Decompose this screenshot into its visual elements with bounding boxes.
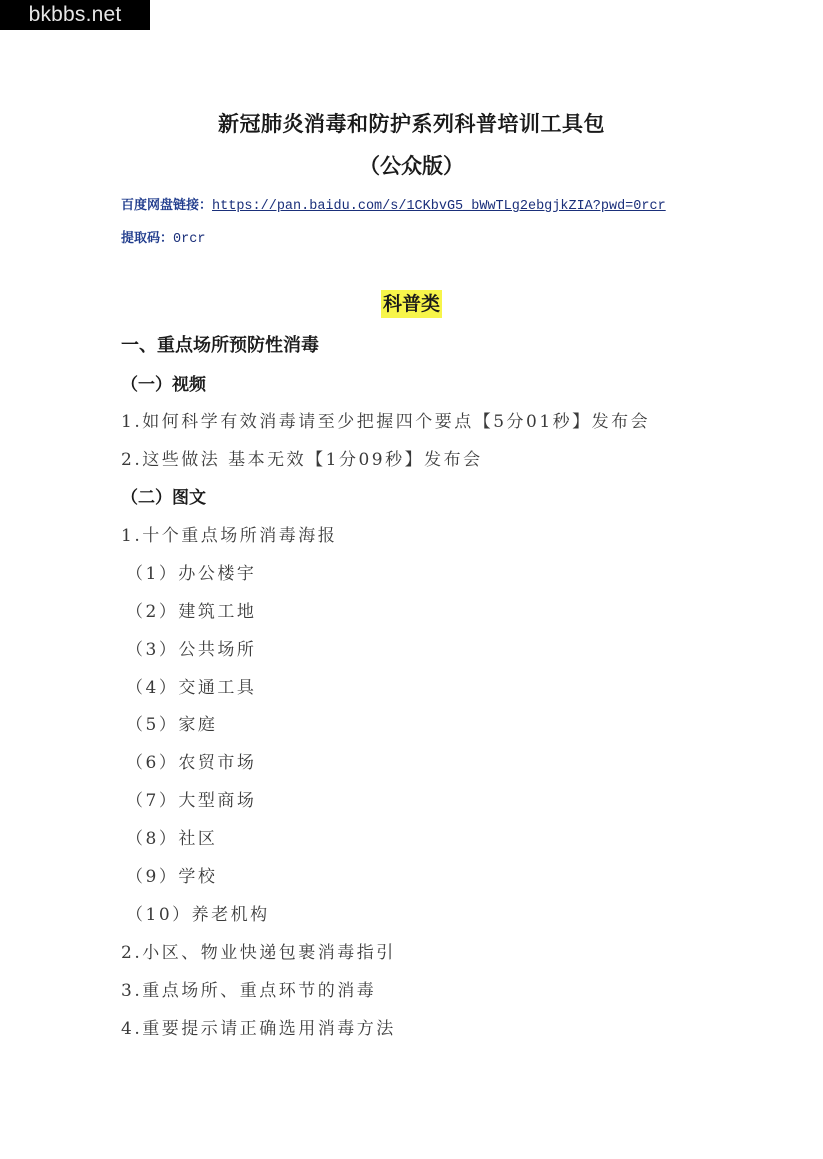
place-item: （1）办公楼宇 bbox=[126, 559, 256, 584]
category-label: 科普类 bbox=[381, 290, 442, 318]
place-item: （6）农贸市场 bbox=[126, 748, 256, 773]
link-label: 百度网盘链接： bbox=[121, 198, 212, 213]
graphic-item: 2.小区、物业快递包裹消毒指引 bbox=[121, 938, 396, 963]
watermark: bkbbs.net bbox=[0, 0, 150, 30]
extraction-code-line: 提取码：0rcr bbox=[121, 227, 205, 247]
place-item: （8）社区 bbox=[126, 824, 217, 849]
video-item: 2.这些做法 基本无效【1分09秒】发布会 bbox=[121, 445, 483, 470]
code-label: 提取码： bbox=[121, 231, 173, 246]
place-item: （4）交通工具 bbox=[126, 673, 256, 698]
subsection-graphic-heading: （二）图文 bbox=[121, 483, 206, 508]
document-title: 新冠肺炎消毒和防护系列科普培训工具包 bbox=[0, 108, 823, 138]
category-heading: 科普类 bbox=[0, 290, 823, 318]
place-item: （3）公共场所 bbox=[126, 635, 256, 660]
graphic-item: 1.十个重点场所消毒海报 bbox=[121, 521, 337, 546]
place-item: （10）养老机构 bbox=[126, 900, 270, 925]
place-item: （9）学校 bbox=[126, 862, 217, 887]
document-subtitle: （公众版） bbox=[0, 150, 823, 180]
section-heading: 一、重点场所预防性消毒 bbox=[121, 331, 319, 357]
subsection-video-heading: （一）视频 bbox=[121, 370, 206, 395]
baidu-pan-link[interactable]: https://pan.baidu.com/s/1CKbvG5_bWwTLg2e… bbox=[212, 199, 666, 214]
place-item: （2）建筑工地 bbox=[126, 597, 256, 622]
graphic-item: 3.重点场所、重点环节的消毒 bbox=[121, 976, 376, 1001]
place-item: （7）大型商场 bbox=[126, 786, 256, 811]
video-item: 1.如何科学有效消毒请至少把握四个要点【5分01秒】发布会 bbox=[121, 407, 650, 432]
download-link-line: 百度网盘链接：https://pan.baidu.com/s/1CKbvG5_b… bbox=[121, 194, 666, 214]
graphic-item: 4.重要提示请正确选用消毒方法 bbox=[121, 1014, 396, 1039]
place-item: （5）家庭 bbox=[126, 710, 217, 735]
extraction-code: 0rcr bbox=[173, 232, 205, 247]
